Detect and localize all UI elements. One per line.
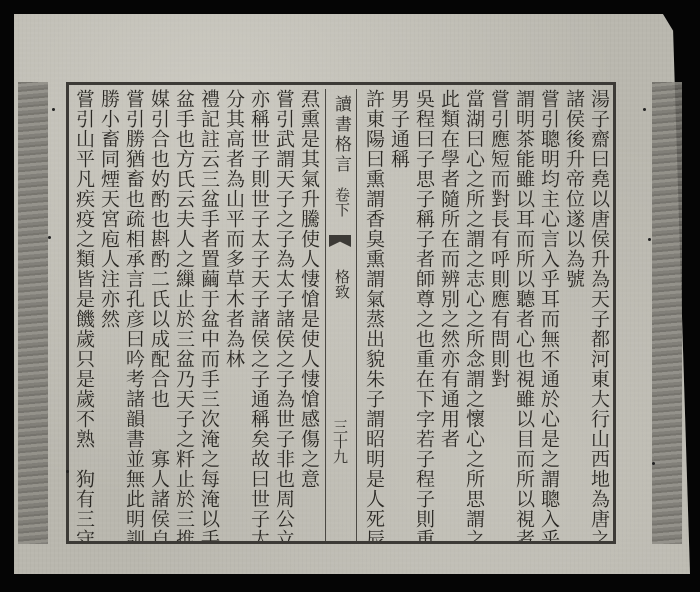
text-column: 焄熏是其氣升騰使人悽愴是使人悽愴感傷之意	[297, 89, 320, 541]
text-column: 媒引合也妁酌也斟酌二氏以成配合也 寡人諸侯自稱言寡德之人也	[147, 89, 170, 541]
text-column: 嘗引勝猶畜也疏相承言孔彦曰吟考諸韻書並無此明訓只云畜也惟正韻	[122, 89, 145, 541]
binding-hole	[66, 470, 69, 473]
text-column: 諸侯後升帝位遂以為號	[562, 89, 585, 541]
text-column: 禮記註云三盆手者置繭于盆中而手三次淹之每淹以手振出其緒故曰三	[197, 89, 220, 541]
text-columns: 湯子齋曰堯以唐侯升為天子都河東大行山西地為唐之以為氏堯封之處為 諸侯後升帝位遂以…	[69, 85, 613, 541]
text-column: 分其高者為山平而多草木者為林	[222, 89, 245, 541]
right-margin-strip	[652, 82, 682, 544]
text-column: 湯子齋曰堯以唐侯升為天子都河東大行山西地為唐之以為氏堯封之處為	[587, 89, 610, 541]
text-column: 當湖曰心之所之謂之志心之所念謂之懷心之所思謂之慮心之所欲謂之慾	[462, 89, 485, 541]
volume-label: 卷下	[332, 187, 353, 217]
binding-hole	[643, 108, 646, 111]
text-column: 嘗引聰明均主心言入乎耳而無不通於心是之謂聰入乎目而無不通於心是之	[537, 89, 560, 541]
center-fold-banxin: 讀書格言 卷下 格致 三十九	[325, 89, 357, 541]
text-column: 吳程曰子思子稱子者師尊之也重在下字若子程子則重在上字而下為	[412, 89, 435, 541]
text-column: 許東陽曰熏謂香臭熏謂氣蒸出貌朱子謂昭明是人死辰自有一般光景	[362, 89, 385, 541]
text-column: 嘗引山平凡疾疫之類皆是饑歲只是歲不熟 狗有三守狗獵狗食狗	[72, 89, 95, 541]
text-column: 嘗引應短而對長有呼則應有問則對	[487, 89, 510, 541]
binding-hole	[52, 108, 55, 111]
text-column: 此類在學者隨所在而辨別之然亦有通用者	[437, 89, 460, 541]
text-column: 盆手也方氏云夫人之繅止於三盆乃天子之粁止於三推	[172, 89, 195, 541]
text-column: 男子通稱	[387, 89, 410, 541]
binding-hole	[648, 238, 651, 241]
text-frame: 湯子齋曰堯以唐侯升為天子都河東大行山西地為唐之以為氏堯封之處為 諸侯後升帝位遂以…	[66, 82, 616, 544]
text-column: 嘗引武謂天子之子為太子諸侯之子為世子非也周公立教世子之法成王	[272, 89, 295, 541]
binding-hole	[48, 236, 51, 239]
text-column: 謂明茶能雖以耳而所以聽者心也視雖以目而所以視者心也	[512, 89, 535, 541]
left-margin-strip	[18, 82, 48, 544]
text-column: 勝小畜同煙天宮庖人注亦然	[97, 89, 120, 541]
fishtail-mark-icon	[329, 235, 351, 247]
page-number: 三十九	[332, 419, 348, 464]
binding-hole	[652, 462, 655, 465]
book-title: 讀書格言	[331, 95, 351, 175]
section-label: 格致	[332, 269, 353, 299]
text-column: 亦稱世子則世子太子天子諸侯之子通稱矣故曰世子太子也後世乃分山林之	[247, 89, 270, 541]
